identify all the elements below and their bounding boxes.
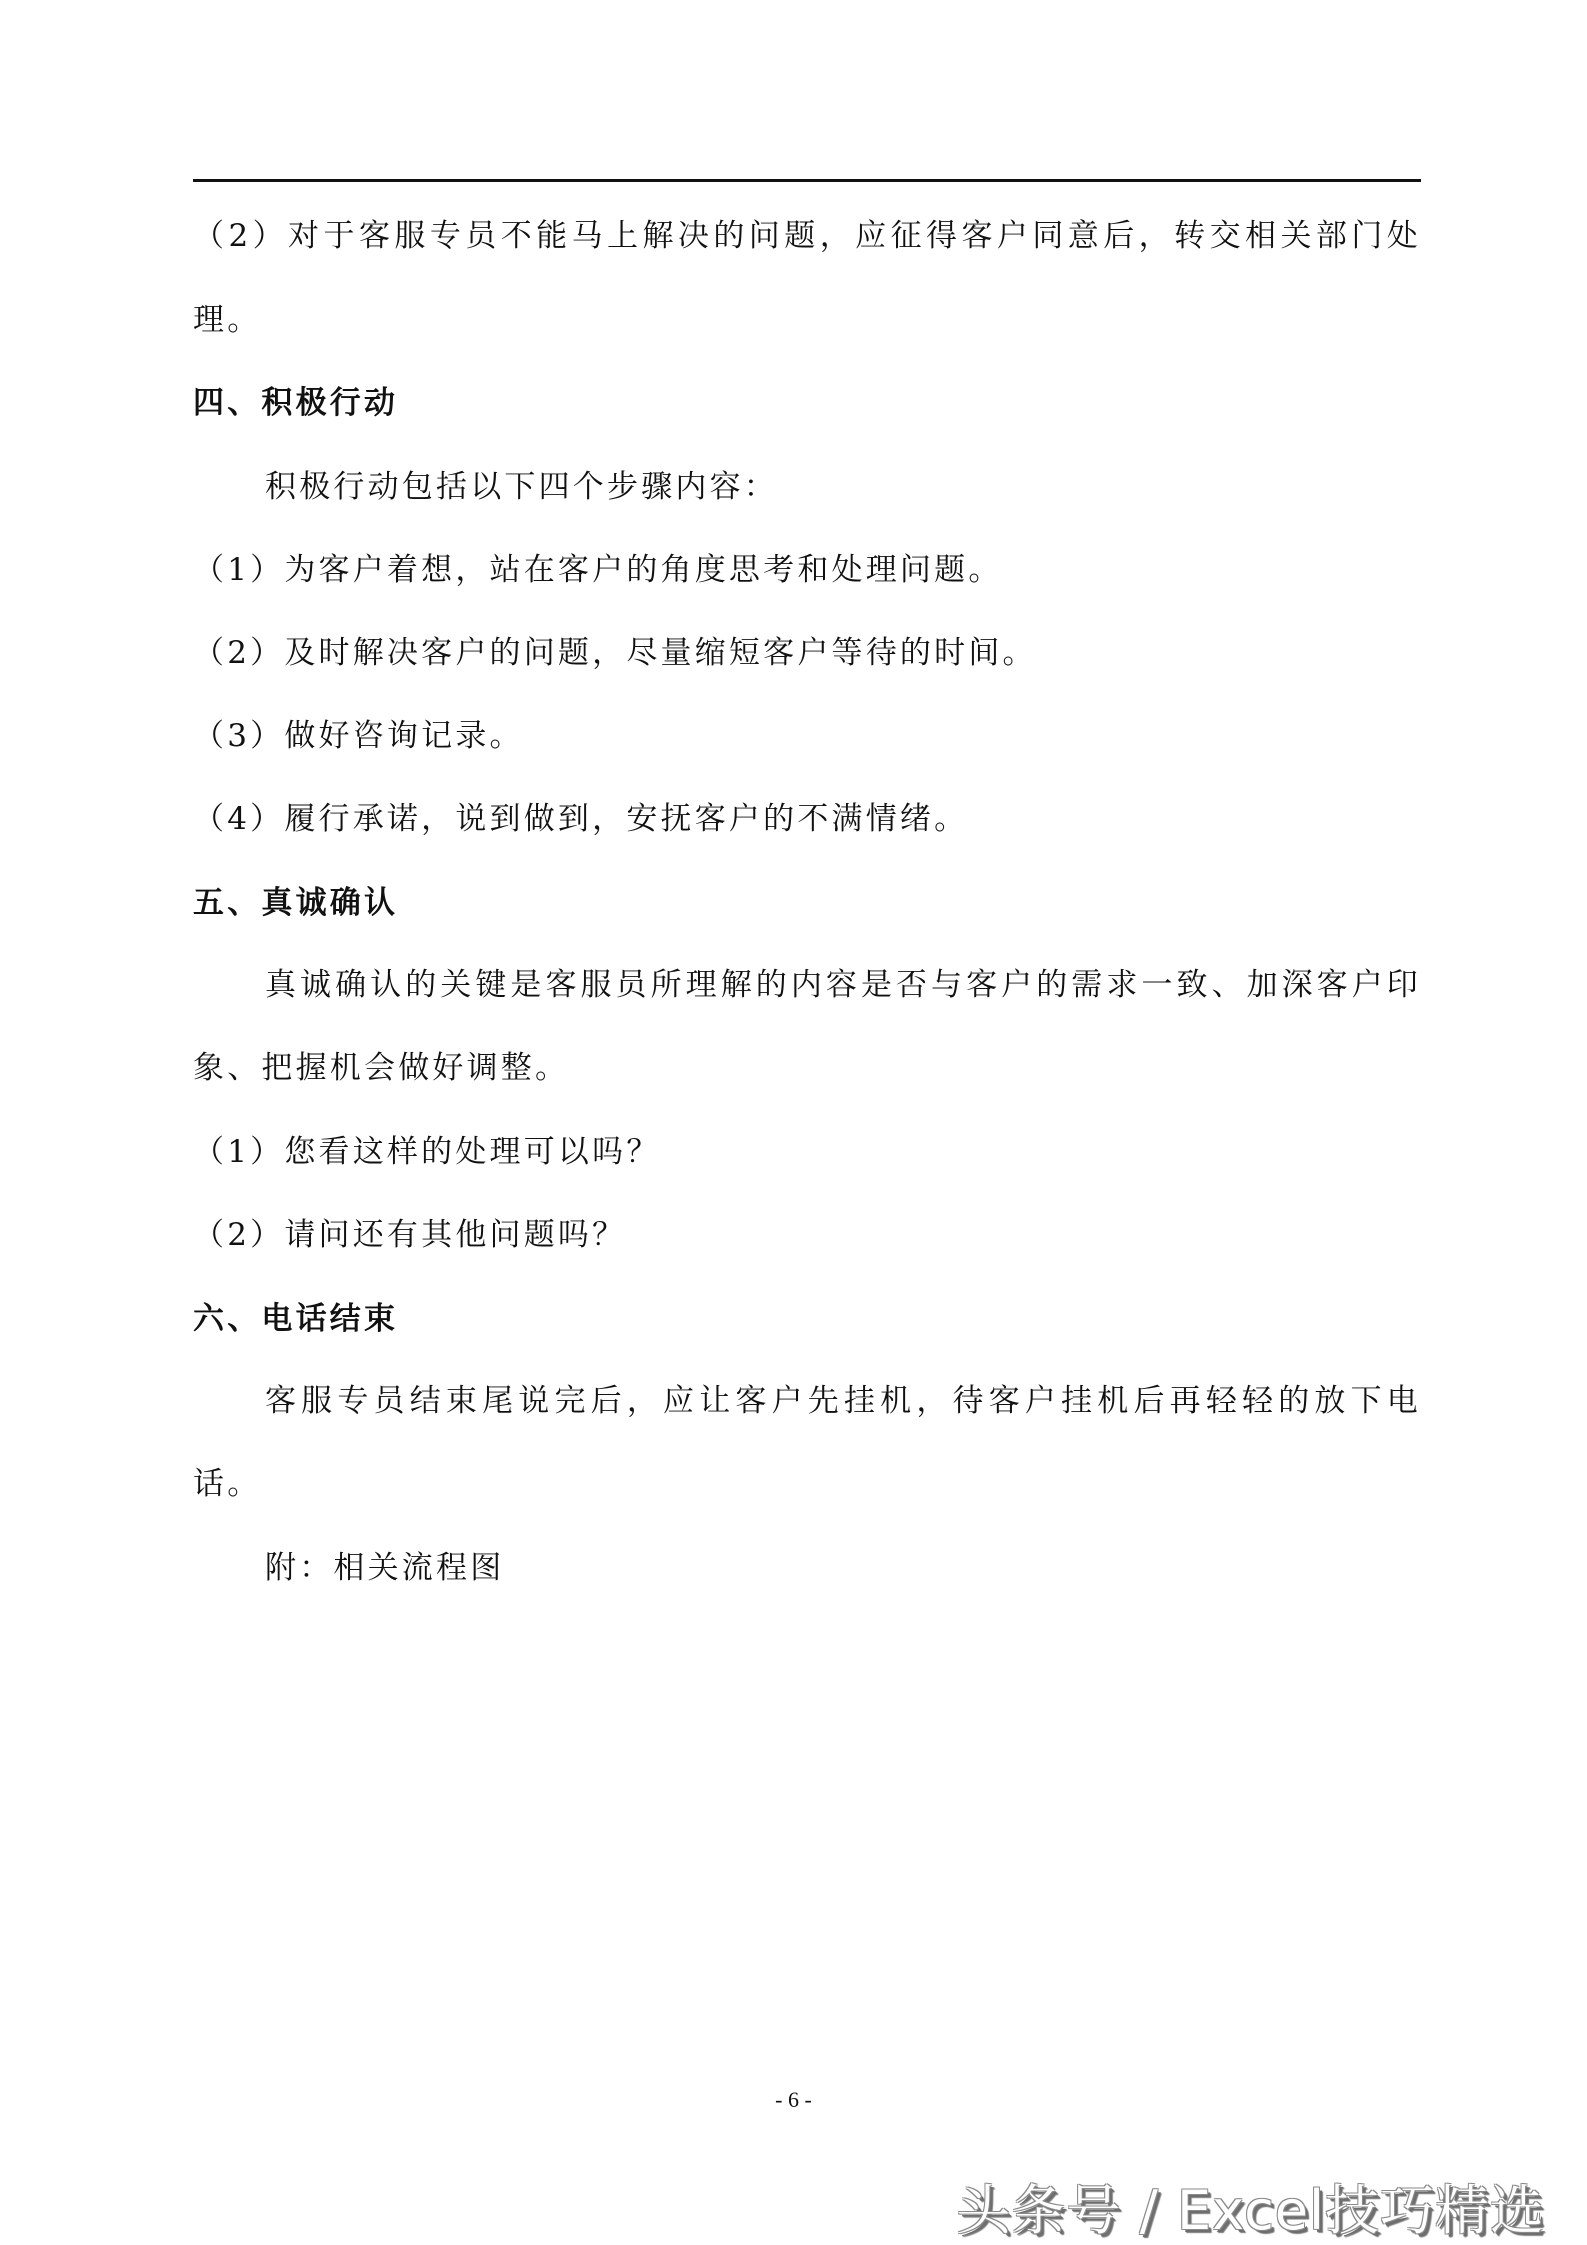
header-rule [193, 179, 1421, 182]
list-item: （3）做好咨询记录。 [193, 704, 1421, 787]
document-page: （2）对于客服专员不能马上解决的问题，应征得客户同意后，转交相关部门处理。 四、… [0, 0, 1587, 2245]
page-number: - 6 - [0, 2087, 1587, 2113]
list-item: （2）请问还有其他问题吗？ [193, 1203, 1421, 1286]
list-item: （1）为客户着想，站在客户的角度思考和处理问题。 [193, 538, 1421, 621]
paragraph: 真诚确认的关键是客服员所理解的内容是否与客户的需求一致、加深客户印象、把握机会做… [193, 944, 1421, 1110]
list-item: （2）对于客服专员不能马上解决的问题，应征得客户同意后，转交相关部门处理。 [193, 195, 1421, 361]
section-heading: 六、电话结束 [193, 1287, 1421, 1370]
paragraph: 客服专员结束尾说完后，应让客户先挂机，待客户挂机后再轻轻的放下电话。 [193, 1360, 1421, 1526]
list-item: （1）您看这样的处理可以吗？ [193, 1120, 1421, 1203]
attachment-note: 附：相关流程图 [193, 1536, 1421, 1619]
list-item: （4）履行承诺，说到做到，安抚客户的不满情绪。 [193, 787, 1421, 870]
list-item: （2）及时解决客户的问题，尽量缩短客户等待的时间。 [193, 621, 1421, 704]
document-body: （2）对于客服专员不能马上解决的问题，应征得客户同意后，转交相关部门处理。 四、… [193, 205, 1421, 1619]
paragraph: 积极行动包括以下四个步骤内容： [193, 455, 1421, 538]
watermark: 头条号 / Excel技巧精选 [956, 2168, 1545, 2245]
section-heading: 四、积极行动 [193, 371, 1421, 454]
section-heading: 五、真诚确认 [193, 871, 1421, 954]
